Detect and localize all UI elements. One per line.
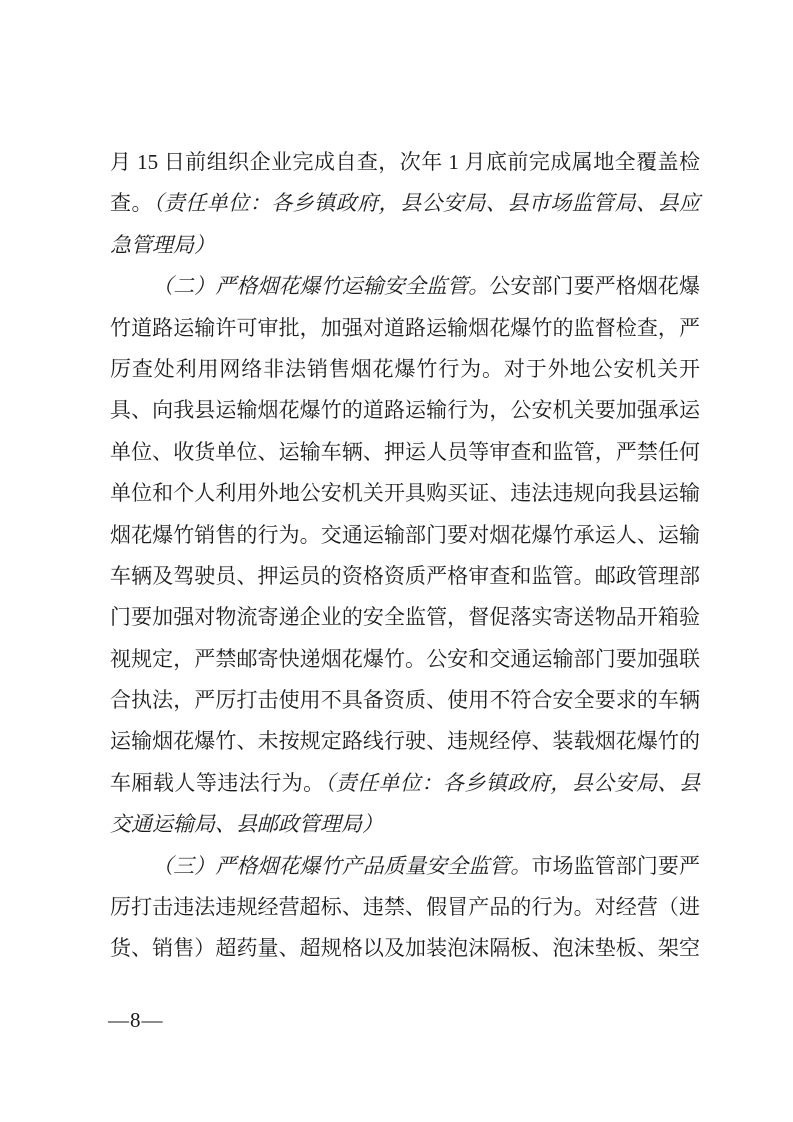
body-text: 合执法，严厉打击使用不具备资质、使用不符合安全要求的车辆: [110, 688, 700, 712]
text-line: 合执法，严厉打击使用不具备资质、使用不符合安全要求的车辆: [110, 680, 700, 721]
body-text: 视规定，严禁邮寄快递烟花爆竹。公安和交通运输部门要加强联: [110, 647, 700, 671]
text-line: 查。（责任单位：各乡镇政府，县公安局、县市场监管局、县应: [110, 183, 700, 224]
body-text: 货、销售）超药量、超规格以及加装泡沫隔板、泡沫垫板、架空: [110, 936, 700, 960]
text-line: 单位、收货单位、运输车辆、押运人员等审查和监管，严禁任何: [110, 432, 700, 473]
text-line: 烟花爆竹销售的行为。交通运输部门要对烟花爆竹承运人、运输: [110, 515, 700, 556]
section-heading-text: （三）严格烟花爆竹产品质量安全监管。: [152, 854, 531, 878]
text-line: 单位和个人利用外地公安机关开具购买证、违法违规向我县运输: [110, 473, 700, 514]
body-text: 月 15 日前组织企业完成自查，次年 1 月底前完成属地全覆盖检: [110, 150, 700, 174]
document-body: 月 15 日前组织企业完成自查，次年 1 月底前完成属地全覆盖检 查。（责任单位…: [110, 142, 700, 970]
body-text: 市场监管部门要严: [531, 854, 700, 878]
text-line: 交通运输局、县邮政管理局）: [110, 804, 700, 845]
text-line: 月 15 日前组织企业完成自查，次年 1 月底前完成属地全覆盖检: [110, 142, 700, 183]
body-text: 查。: [110, 191, 153, 215]
body-text: 烟花爆竹销售的行为。交通运输部门要对烟花爆竹承运人、运输: [110, 523, 700, 547]
body-text: 单位和个人利用外地公安机关开具购买证、违法违规向我县运输: [110, 481, 700, 505]
body-text: 厉查处利用网络非法销售烟花爆竹行为。对于外地公安机关开: [110, 357, 700, 381]
responsibility-unit-text: （责任单位：各乡镇政府，县公安局、县市场监管局、县应: [153, 191, 700, 215]
text-line: 具、向我县运输烟花爆竹的道路运输行为，公安机关要加强承运: [110, 390, 700, 431]
responsibility-unit-text: 交通运输局、县邮政管理局）: [110, 812, 383, 836]
page-number: —8—: [108, 1008, 164, 1033]
body-text: 运输烟花爆竹、未按规定路线行驶、违规经停、装载烟花爆竹的: [110, 729, 700, 753]
body-text: 公安部门要严格烟花爆: [489, 274, 700, 298]
body-text: 门要加强对物流寄递企业的安全监管，督促落实寄送物品开箱验: [110, 605, 700, 629]
text-line: 急管理局）: [110, 225, 700, 266]
text-line: 门要加强对物流寄递企业的安全监管，督促落实寄送物品开箱验: [110, 597, 700, 638]
text-line: 视规定，严禁邮寄快递烟花爆竹。公安和交通运输部门要加强联: [110, 639, 700, 680]
body-text: 厉打击违法违规经营超标、违禁、假冒产品的行为。对经营（进: [110, 895, 700, 919]
body-text: 具、向我县运输烟花爆竹的道路运输行为，公安机关要加强承运: [110, 398, 700, 422]
text-line: 竹道路运输许可审批，加强对道路运输烟花爆竹的监督检查，严: [110, 308, 700, 349]
text-line: （三）严格烟花爆竹产品质量安全监管。市场监管部门要严: [110, 846, 700, 887]
body-text: 竹道路运输许可审批，加强对道路运输烟花爆竹的监督检查，严: [110, 316, 700, 340]
text-line: （二）严格烟花爆竹运输安全监管。公安部门要严格烟花爆: [110, 266, 700, 307]
text-line: 厉打击违法违规经营超标、违禁、假冒产品的行为。对经营（进: [110, 887, 700, 928]
responsibility-unit-text: 急管理局）: [110, 233, 215, 257]
body-text: 单位、收货单位、运输车辆、押运人员等审查和监管，严禁任何: [110, 440, 700, 464]
responsibility-unit-text: （责任单位：各乡镇政府，县公安局、县: [325, 771, 700, 795]
text-line: 车厢载人等违法行为。（责任单位：各乡镇政府，县公安局、县: [110, 763, 700, 804]
document-page: 月 15 日前组织企业完成自查，次年 1 月底前完成属地全覆盖检 查。（责任单位…: [0, 0, 793, 1122]
body-text: 车辆及驾驶员、押运员的资格资质严格审查和监管。邮政管理部: [110, 564, 700, 588]
text-line: 车辆及驾驶员、押运员的资格资质严格审查和监管。邮政管理部: [110, 556, 700, 597]
text-line: 运输烟花爆竹、未按规定路线行驶、违规经停、装载烟花爆竹的: [110, 721, 700, 762]
text-line: 货、销售）超药量、超规格以及加装泡沫隔板、泡沫垫板、架空: [110, 928, 700, 969]
body-text: 车厢载人等违法行为。: [110, 771, 325, 795]
section-heading-text: （二）严格烟花爆竹运输安全监管。: [152, 274, 489, 298]
text-line: 厉查处利用网络非法销售烟花爆竹行为。对于外地公安机关开: [110, 349, 700, 390]
